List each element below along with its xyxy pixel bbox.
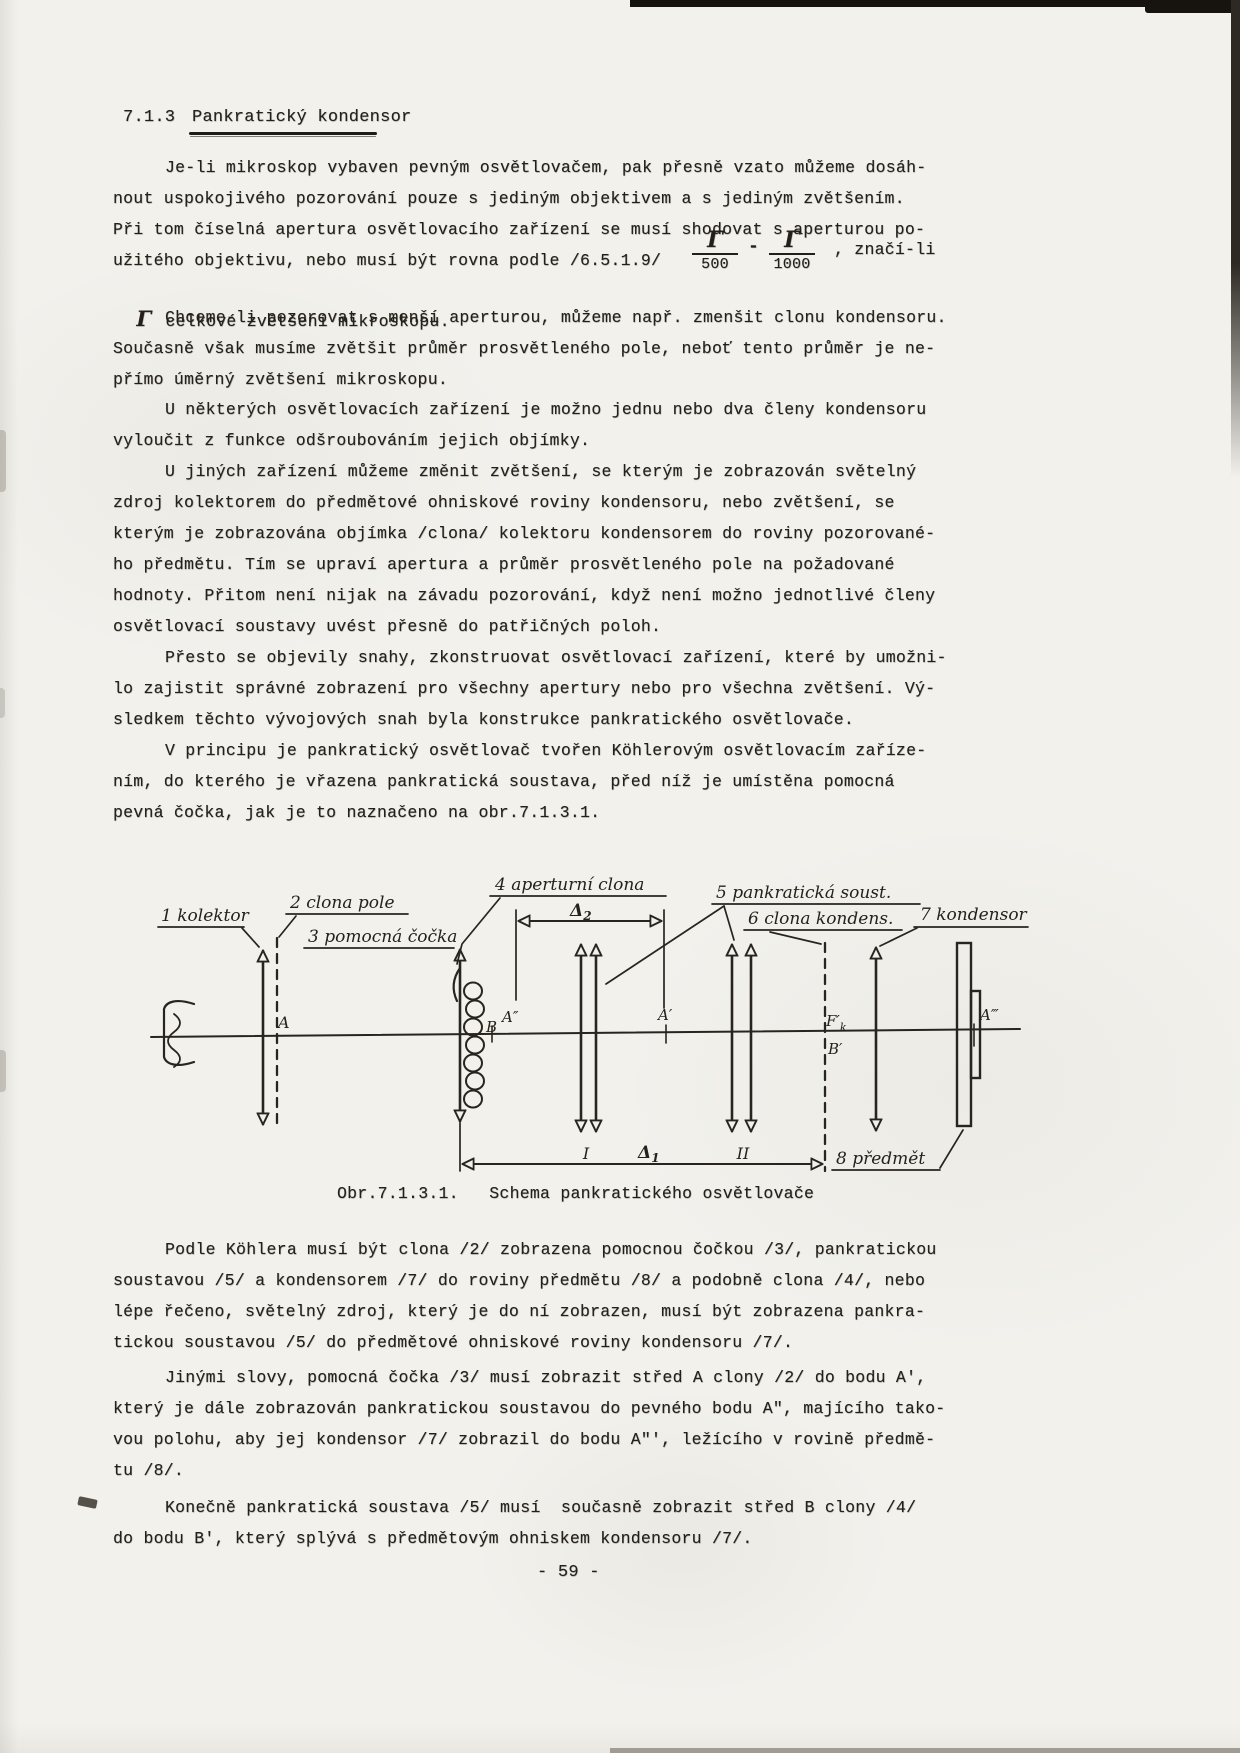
text-line: celkové zvětšení mikroskopu. bbox=[165, 312, 449, 331]
filament-coil bbox=[464, 983, 484, 1108]
pancratic-member-2-arrows bbox=[732, 945, 751, 1131]
gamma-symbol: Γ bbox=[136, 306, 151, 331]
figure-diagram: 1 kolektor 2 clona pole 3 pomocná čočka … bbox=[118, 858, 1048, 1188]
point-A: A bbox=[276, 1013, 290, 1032]
magnification-formula: Γ 500 - Γ 1000 bbox=[688, 229, 819, 273]
pancratic-member-1-arrows bbox=[581, 945, 596, 1131]
text-line: přímo úměrný zvětšení mikroskopu. bbox=[113, 364, 983, 395]
scan-artifact bbox=[0, 430, 6, 492]
text-line: Jinými slovy, pomocná čočka /3/ musí zob… bbox=[113, 1362, 983, 1393]
section-number: 7.1.3 bbox=[123, 108, 175, 127]
text-line: hodnoty. Přitom není nijak na závadu poz… bbox=[113, 580, 983, 611]
gamma-definition-line: Γcelkové zvětšení mikroskopu. bbox=[116, 272, 450, 303]
scanned-document-page: { "heading": { "number": "7.1.3", "title… bbox=[0, 0, 1240, 1753]
delta1-label: Δ1 bbox=[637, 1143, 660, 1165]
text-line: Přesto se objevily snahy, zkonstruovat o… bbox=[113, 642, 983, 673]
text-line: Podle Köhlera musí být clona /2/ zobraze… bbox=[113, 1234, 983, 1265]
paragraph: V principu je pankratický osvětlovač tvo… bbox=[113, 735, 983, 828]
scan-artifact bbox=[0, 688, 5, 718]
text-line: ho předmětu. Tím se upraví apertura a pr… bbox=[113, 549, 983, 580]
figure-label-kondensor: 7 kondensor bbox=[920, 905, 1028, 925]
minus-sign: - bbox=[748, 237, 759, 257]
paragraph: Podle Köhlera musí být clona /2/ zobraze… bbox=[113, 1234, 983, 1358]
text-line: soustavou /5/ a kondensorem /7/ do rovin… bbox=[113, 1265, 983, 1296]
text-line: ním, do kterého je vřazena pankratická s… bbox=[113, 766, 983, 797]
figure-label-aperturni-clona: 4 aperturní clona bbox=[494, 875, 644, 895]
paragraph: Jinými slovy, pomocná čočka /3/ musí zob… bbox=[113, 1362, 983, 1486]
text-line: do bodu B', který splývá s předmětovým o… bbox=[113, 1523, 983, 1554]
figure-label-clona-kondensoru: 6 clona kondens. bbox=[748, 909, 893, 929]
text-line: který je dále zobrazován pankratickou so… bbox=[113, 1393, 983, 1424]
scan-artifact bbox=[1145, 0, 1240, 13]
member-II-numeral: II bbox=[736, 1144, 750, 1163]
point-B-prime: B′ bbox=[827, 1040, 843, 1058]
text-line: Je-li mikroskop vybaven pevným osvětlova… bbox=[113, 152, 983, 183]
fraction-bar bbox=[769, 253, 815, 255]
scan-artifact bbox=[0, 1050, 6, 1092]
figure-label-predmet: 8 předmět bbox=[836, 1149, 925, 1169]
figure-label-pankraticka-soustava: 5 pankratická soust. bbox=[716, 883, 891, 903]
text-line: osvětlovací soustavy uvést přesně do pat… bbox=[113, 611, 983, 642]
scan-artifact bbox=[630, 0, 1240, 7]
point-B: B bbox=[485, 1018, 497, 1036]
figure-caption: Obr.7.1.3.1. Schema pankratického osvětl… bbox=[337, 1184, 814, 1203]
fraction-bar bbox=[692, 253, 738, 255]
point-A-double-prime: A″ bbox=[500, 1008, 519, 1026]
text-line: lépe řečeno, světelný zdroj, který je do… bbox=[113, 1296, 983, 1327]
dimension-delta2 bbox=[516, 910, 664, 1008]
gamma-symbol: Γ bbox=[707, 229, 723, 251]
delta2-label: Δ2 bbox=[569, 901, 592, 923]
text-line: U jiných zařízení můžeme změnit zvětšení… bbox=[113, 456, 983, 487]
member-I-numeral: I bbox=[582, 1144, 590, 1163]
text-line: kterým je zobrazována objímka /clona/ ko… bbox=[113, 518, 983, 549]
scan-artifact bbox=[77, 1496, 97, 1509]
text-line: Konečně pankratická soustava /5/ musí so… bbox=[113, 1492, 983, 1523]
paragraph: U jiných zařízení můžeme změnit zvětšení… bbox=[113, 456, 983, 642]
figure-label-pomocna-cocka: 3 pomocná čočka bbox=[308, 927, 457, 947]
fraction-gamma-1000: Γ 1000 bbox=[769, 229, 815, 273]
optical-schematic: 1 kolektor 2 clona pole 3 pomocná čočka … bbox=[118, 858, 1048, 1188]
text-line: tu /8/. bbox=[113, 1455, 983, 1486]
text-line: zdroj kolektorem do předmětové ohniskové… bbox=[113, 487, 983, 518]
point-A-prime: A′ bbox=[656, 1006, 673, 1024]
fraction-gamma-500: Γ 500 bbox=[692, 229, 738, 273]
formula-suffix: , značí-li bbox=[834, 240, 936, 259]
section-title: Pankratický kondensor bbox=[192, 108, 412, 127]
text-line: lo zajistit správné zobrazení pro všechn… bbox=[113, 673, 983, 704]
text-line: sledkem těchto vývojových snah byla kons… bbox=[113, 704, 983, 735]
figure-label-clona-pole: 2 clona pole bbox=[289, 893, 395, 913]
scan-artifact bbox=[1231, 0, 1240, 478]
text-line: V principu je pankratický osvětlovač tvo… bbox=[113, 735, 983, 766]
text-line: vyloučit z funkce odšroubováním jejich o… bbox=[113, 425, 983, 456]
text-line: Současně však musíme zvětšit průměr pros… bbox=[113, 333, 983, 364]
paragraph: Konečně pankratická soustava /5/ musí so… bbox=[113, 1492, 983, 1554]
gamma-symbol: Γ bbox=[784, 229, 800, 251]
heading-underline bbox=[189, 132, 377, 135]
figure-label-kolektor: 1 kolektor bbox=[161, 906, 250, 926]
specimen-slide bbox=[957, 943, 980, 1126]
text-line: vou polohu, aby jej kondensor /7/ zobraz… bbox=[113, 1424, 983, 1455]
point-A-triple-prime: A‴ bbox=[978, 1006, 999, 1024]
page-number: - 59 - bbox=[537, 1563, 600, 1582]
fraction-denominator: 1000 bbox=[774, 256, 811, 273]
paragraph: U některých osvětlovacích zařízení je mo… bbox=[113, 394, 983, 456]
text-line: pevná čočka, jak je to naznačeno na obr.… bbox=[113, 797, 983, 828]
text-line: U některých osvětlovacích zařízení je mo… bbox=[113, 394, 983, 425]
text-line: tickou soustavou /5/ do předmětové ohnis… bbox=[113, 1327, 983, 1358]
fraction-denominator: 500 bbox=[701, 256, 729, 273]
lamp-filament-icon bbox=[164, 1001, 194, 1067]
scan-artifact bbox=[610, 1748, 1240, 1753]
text-line: nout uspokojivého pozorování pouze s jed… bbox=[113, 183, 983, 214]
paragraph: Přesto se objevily snahy, zkonstruovat o… bbox=[113, 642, 983, 735]
